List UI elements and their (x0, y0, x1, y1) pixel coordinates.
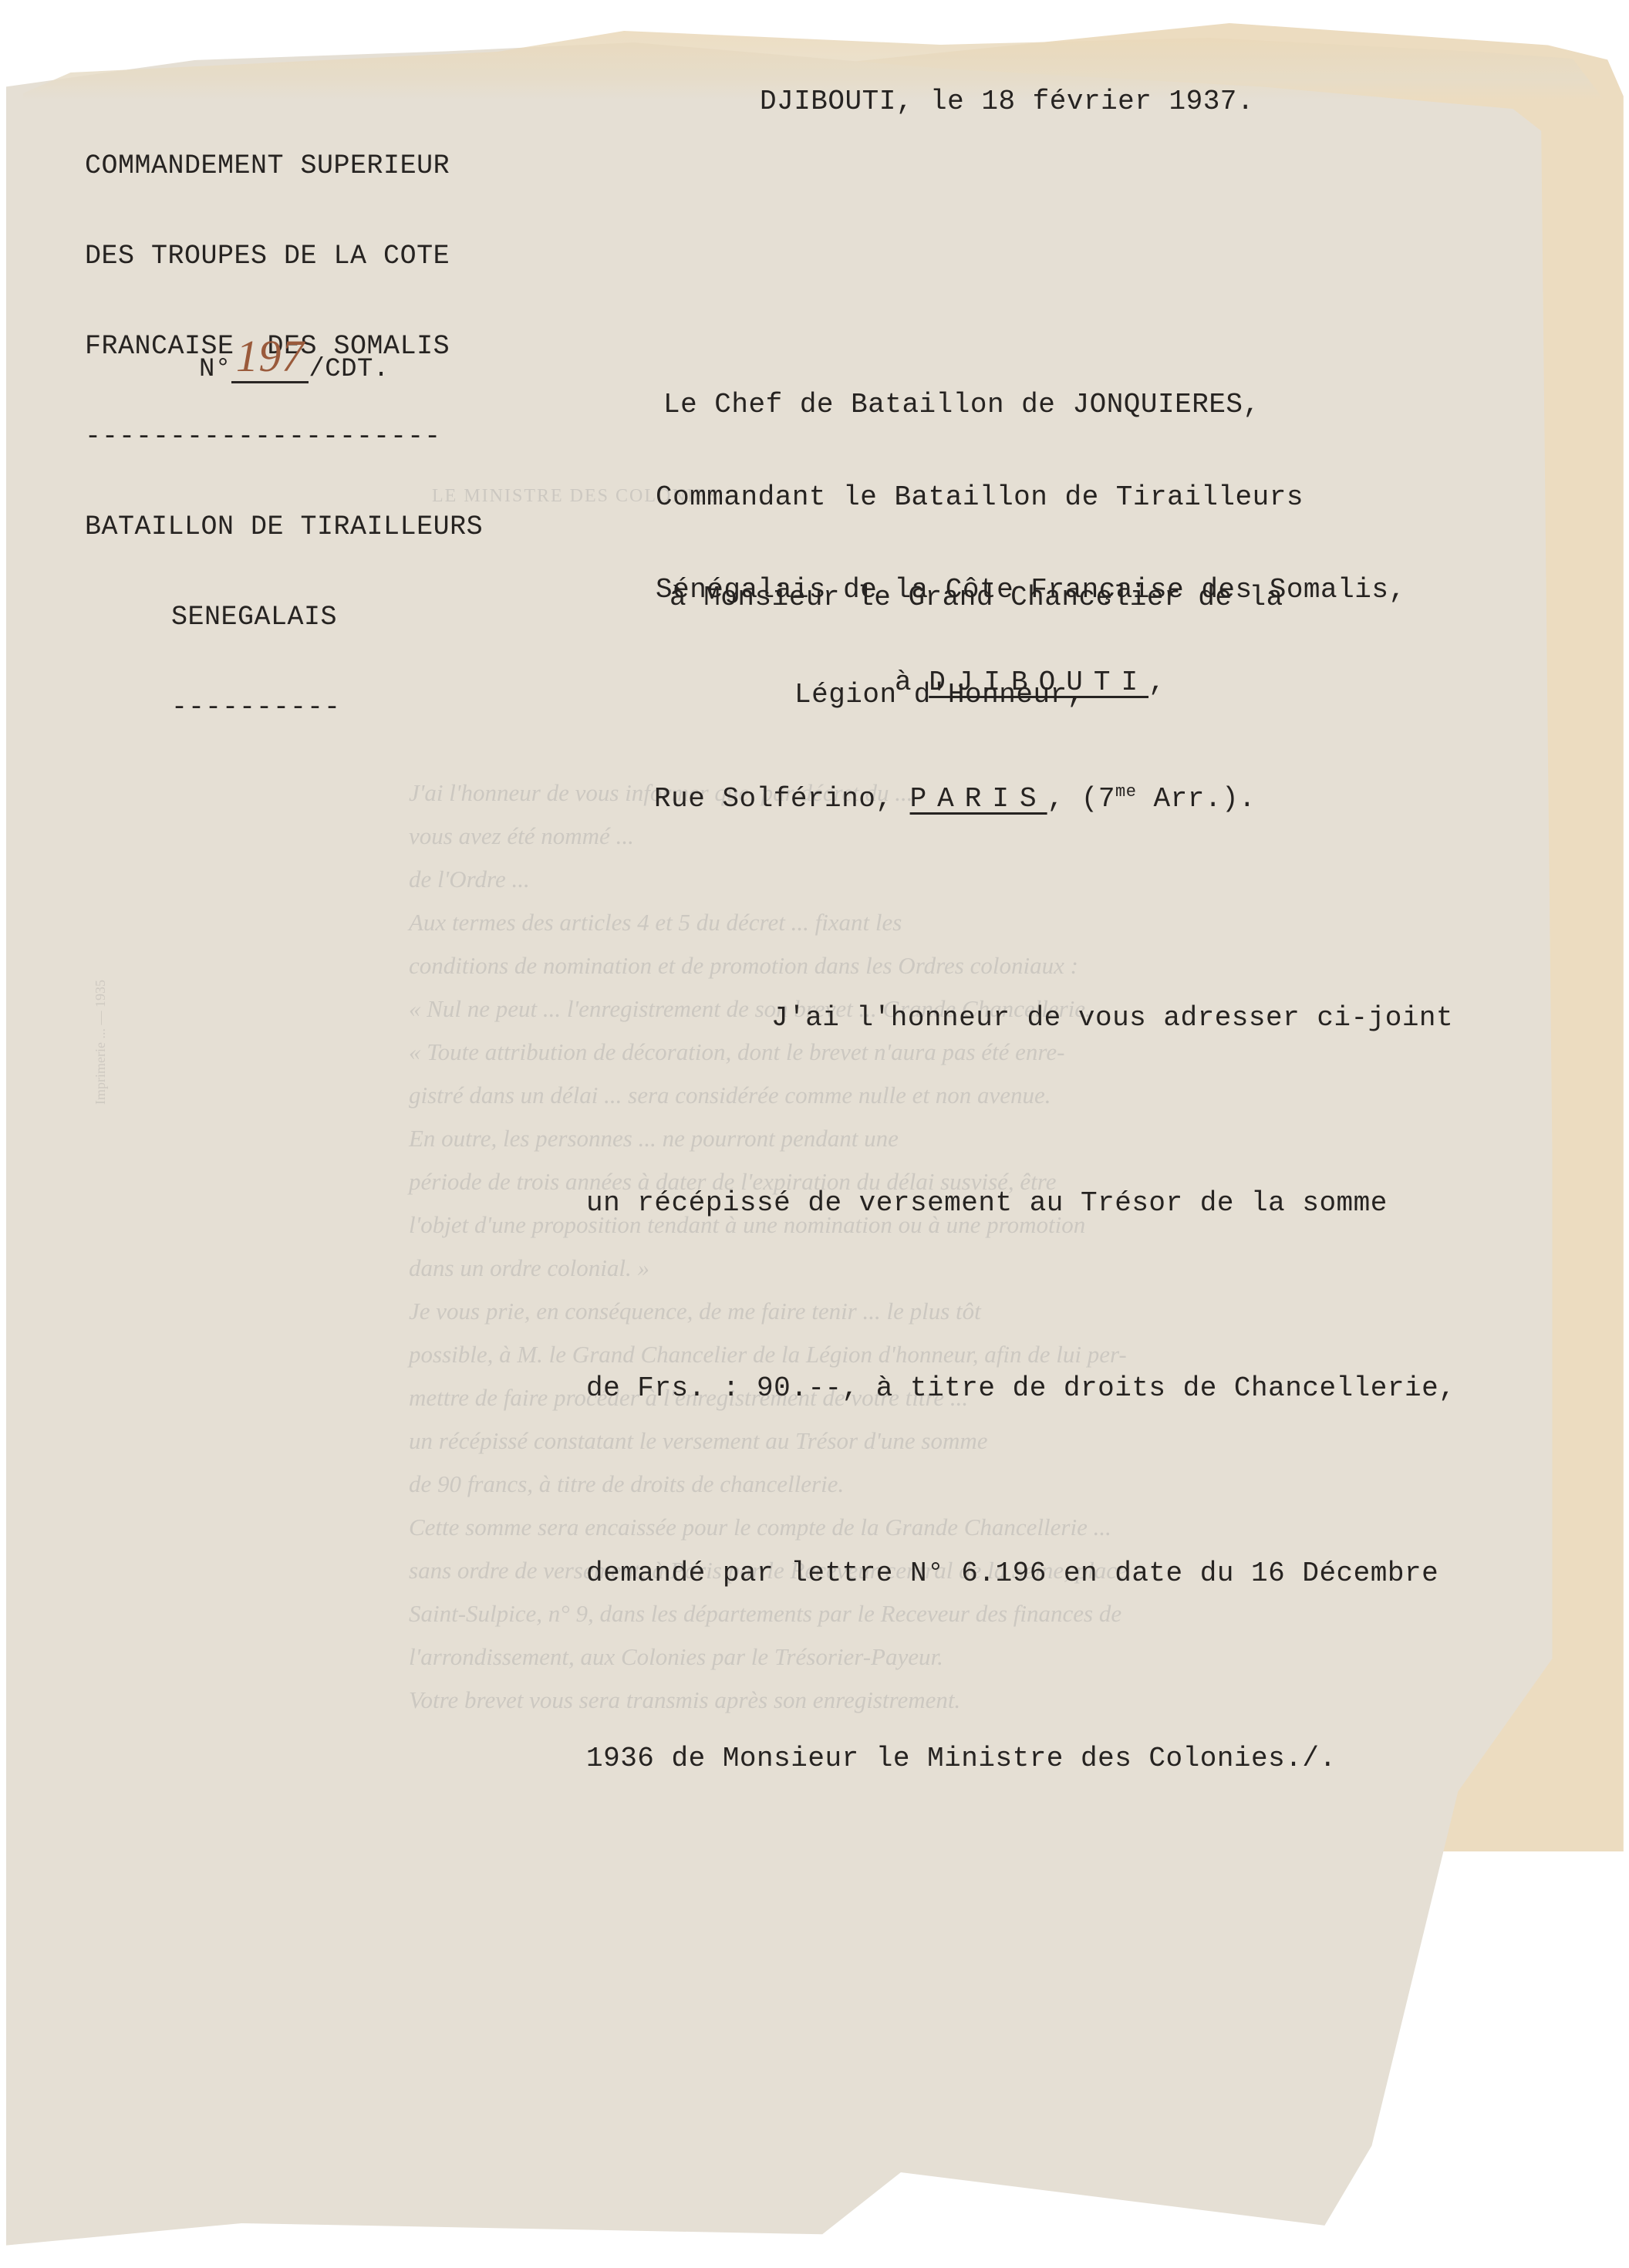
addressee-line-2: Légion d'Honneur, (594, 679, 1283, 711)
body-line-4: demandé par lettre N° 6.196 en date du 1… (586, 1543, 1455, 1605)
letterhead-separator-2: ---------- (85, 693, 483, 723)
letterhead-line-2: DES TROUPES DE LA COTE (85, 241, 483, 272)
place-date: DJIBOUTI, le 18 février 1937. (760, 86, 1254, 117)
letterhead-line-1: COMMANDEMENT SUPERIEUR (85, 151, 483, 181)
addressee-city: PARIS (910, 783, 1047, 815)
reference-number: N°197/CDT. (199, 346, 390, 385)
addressee-line-1: à Monsieur le Grand Chancelier de la (594, 582, 1283, 614)
sender-line-1: Le Chef de Bataillon de JONQUIERES, (663, 390, 1406, 420)
reference-prefix: N° (199, 355, 231, 384)
handwritten-number: 197 (231, 331, 309, 383)
bleed-through-side-text: Imprimerie ... — 1935 (93, 980, 109, 1105)
letter-body: J'ai l'honneur de vous adresser ci-joint… (586, 864, 1455, 1851)
body-line-5: 1936 de Monsieur le Ministre des Colonie… (586, 1728, 1455, 1790)
sender-line-2: Commandant le Bataillon de Tirailleurs (656, 482, 1406, 513)
body-line-1: J'ai l'honneur de vous adresser ci-joint (586, 987, 1455, 1049)
reference-suffix: /CDT. (309, 355, 390, 384)
addressee-block: à Monsieur le Grand Chancelier de la Lég… (594, 517, 1283, 848)
letterhead-line-5: SENEGALAIS (85, 602, 483, 633)
letterhead-separator: --------------------- (85, 422, 483, 452)
body-line-3: de Frs. : 90.--, à titre de droits de Ch… (586, 1358, 1455, 1419)
letterhead: COMMANDEMENT SUPERIEUR DES TROUPES DE LA… (85, 91, 483, 753)
addressee-line-3: Rue Solférino, PARIS, (7me Arr.). (594, 776, 1283, 815)
letterhead-line-4: BATAILLON DE TIRAILLEURS (85, 512, 483, 542)
body-line-2: un récépissé de versement au Trésor de l… (586, 1173, 1455, 1234)
